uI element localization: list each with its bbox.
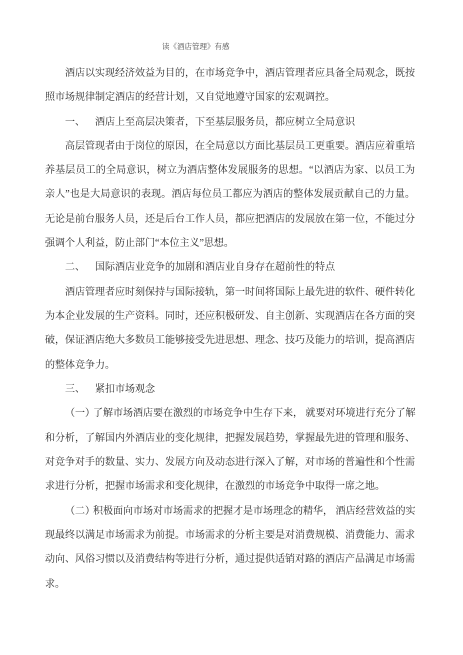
- subsection-line-text: 积极面向市场对市场需求的把握才是市场理念的精华， 酒店经营效益的实: [93, 506, 416, 517]
- paragraph-line: 亲人”也是大局意识的表现。酒店每位员工都应为酒店的整体发展贡献自己的力量。: [45, 183, 415, 207]
- paragraph-line: 的整体竞争力。: [45, 354, 415, 378]
- section-2: 二、国际酒店业竞争的加剧和酒店业自身存在超前性的特点 酒店管理者应时刻保持与国际…: [45, 256, 415, 378]
- paragraph-line: 养基层员工的全局意识，树立为酒店整体发展服务的思想。“以酒店为家、以员工为: [45, 159, 415, 183]
- paragraph-line: 酒店以实现经济效益为目的，在市场竞争中，酒店管理者应具备全局观念，既按: [45, 62, 415, 86]
- section-paragraph: 酒店管理者应时刻保持与国际接轨，第一时间将国际上最先进的软件、硬件转化 为本企业…: [45, 281, 415, 378]
- paragraph-line: 强调个人利益，防止部门“本位主义”思想。: [45, 232, 415, 256]
- paragraph-line: 无论是前台服务人员，还是后台工作人员，都应把酒店的发展放在第一位，不能过分: [45, 208, 415, 232]
- paragraph-line: 为本企业发展的生产资料。同时，还应积极研发、自主创新、实现酒店在各方面的突: [45, 305, 415, 329]
- subsection-line-text: 了解市场酒店要在激烈的市场竞争中生存下来， 就要对环境进行充分了解: [93, 408, 416, 419]
- paragraph-line: 求进行分析，把握市场需求和变化规律，在激烈的市场竞争中取得一席之地。: [45, 475, 415, 499]
- section-heading-text: 紧扣市场观念: [95, 384, 155, 395]
- section-heading: 二、国际酒店业竞争的加剧和酒店业自身存在超前性的特点: [45, 256, 415, 280]
- section-paragraph: 高层管现者由于岗位的原因，在全局意以方面比基层员工更重要。酒店应着重培 养基层员…: [45, 135, 415, 257]
- paragraph-line: 求。: [45, 573, 415, 597]
- paragraph-line: 破，保证酒店绝大多数员工能够接受先进思想、理念、技巧及能力的培训，提高酒店: [45, 329, 415, 353]
- section-heading-text: 国际酒店业竞争的加剧和酒店业自身存在超前性的特点: [95, 262, 335, 273]
- paragraph-line: （一）了解市场酒店要在激烈的市场竞争中生存下来， 就要对环境进行充分了解: [45, 402, 415, 426]
- section-3: 三、紧扣市场观念 （一）了解市场酒店要在激烈的市场竞争中生存下来， 就要对环境进…: [45, 378, 415, 597]
- subsection-paragraph-2: （二）积极面向市场对市场需求的把握才是市场理念的精华， 酒店经营效益的实 现最终…: [45, 500, 415, 597]
- section-heading-text: 酒店上至高层决策者，下至基层服务员，都应树立全局意识: [95, 117, 355, 128]
- subsection-label: （一）: [65, 402, 93, 426]
- paragraph-line: 动向、风俗习惯以及消费结构等进行分析，通过提供适销对路的酒店产品满足市场需: [45, 548, 415, 572]
- subsection-paragraph-1: （一）了解市场酒店要在激烈的市场竞争中生存下来， 就要对环境进行充分了解 和分析…: [45, 402, 415, 499]
- document-body: 酒店以实现经济效益为目的，在市场竞争中，酒店管理者应具备全局观念，既按 照市场规…: [45, 62, 415, 597]
- section-1: 一、酒店上至高层决策者，下至基层服务员，都应树立全局意识 高层管现者由于岗位的原…: [45, 111, 415, 257]
- section-number: 三、: [65, 378, 95, 402]
- paragraph-line: 和分析，了解国内外酒店业的变化规律，把握发展趋势，掌握最先进的管理和服务、: [45, 427, 415, 451]
- paragraph-line: （二）积极面向市场对市场需求的把握才是市场理念的精华， 酒店经营效益的实: [45, 500, 415, 524]
- section-number: 二、: [65, 256, 95, 280]
- section-heading: 一、酒店上至高层决策者，下至基层服务员，都应树立全局意识: [45, 111, 415, 135]
- subsection-label: （二）: [65, 500, 93, 524]
- intro-paragraph: 酒店以实现经济效益为目的，在市场竞争中，酒店管理者应具备全局观念，既按 照市场规…: [45, 62, 415, 111]
- section-number: 一、: [65, 111, 95, 135]
- paragraph-line: 照市场规律制定酒店的经营计划，又自觉地遵守国家的宏观调控。: [45, 86, 415, 110]
- section-heading: 三、紧扣市场观念: [45, 378, 415, 402]
- paragraph-line: 酒店管理者应时刻保持与国际接轨，第一时间将国际上最先进的软件、硬件转化: [45, 281, 415, 305]
- document-title: 读《酒店管理》有感: [162, 41, 232, 53]
- paragraph-line: 高层管现者由于岗位的原因，在全局意以方面比基层员工更重要。酒店应着重培: [45, 135, 415, 159]
- paragraph-line: 对竞争对手的数量、实力、发展方向及动态进行深入了解，对市场的普遍性和个性需: [45, 451, 415, 475]
- paragraph-line: 现最终以满足市场需求为前提。市场需求的分析主要是对消费规模、消费能力、需求: [45, 524, 415, 548]
